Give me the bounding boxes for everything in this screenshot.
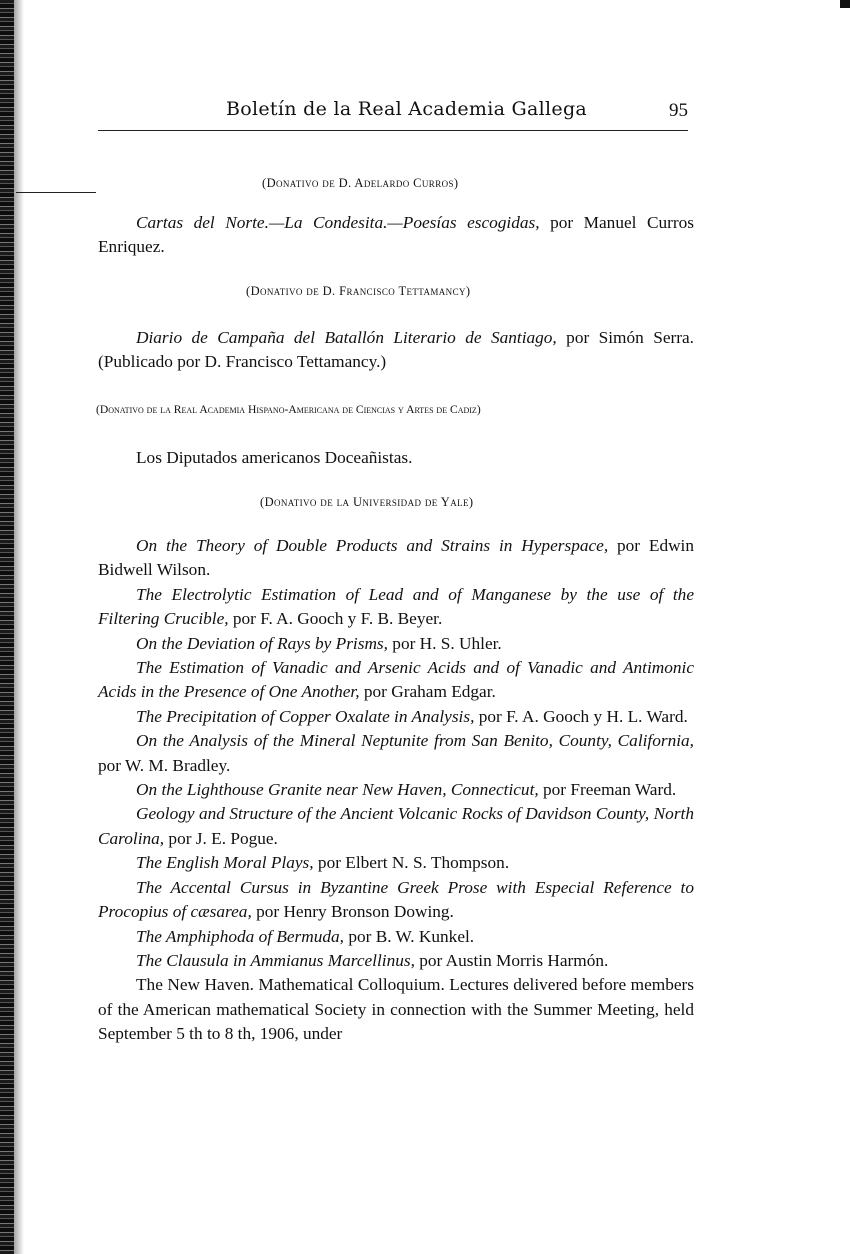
donation-note: (Donativo de la Universidad de Yale) (260, 495, 473, 510)
entry: On the Analysis of the Mineral Neptunite… (98, 729, 694, 778)
page-number: 95 (669, 100, 688, 122)
entry-author: por F. A. Gooch y H. L. Ward. (474, 707, 687, 726)
entry-author: por J. E. Pogue. (164, 829, 278, 848)
donation-note: (Donativo de D. Adelardo Curros) (262, 176, 458, 191)
entry-author: por Graham Edgar. (360, 682, 496, 701)
entry: On the Deviation of Rays by Prisms, por … (98, 632, 694, 656)
entry-author: por H. S. Uhler. (388, 634, 502, 653)
entry: Los Diputados americanos Doceañistas. (98, 446, 694, 470)
entry-author: por Elbert N. S. Thompson. (314, 853, 510, 872)
entry-title: Diario de Campaña del Batallón Literario… (136, 328, 557, 347)
entry-title: On the Lighthouse Granite near New Haven… (136, 780, 539, 799)
entry-text: The New Haven. Mathematical Colloquium. … (98, 975, 694, 1043)
entry-title: On the Deviation of Rays by Prisms, (136, 634, 388, 653)
entry: The Precipitation of Copper Oxalate in A… (98, 705, 694, 729)
entry: Diario de Campaña del Batallón Literario… (98, 326, 694, 375)
entry-author: por Freeman Ward. (539, 780, 676, 799)
running-header: Boletín de la Real Academia Gallega 95 (98, 96, 688, 131)
entry-title: The Clausula in Ammianus Marcellinus, (136, 951, 415, 970)
entry-title: On the Theory of Double Products and Str… (136, 536, 608, 555)
entry-title: Cartas del Norte.—La Condesita.—Poesías … (136, 213, 540, 232)
entry: On the Lighthouse Granite near New Haven… (98, 778, 694, 802)
entry: The Accental Cursus in Byzantine Greek P… (98, 876, 694, 925)
scan-artifact (840, 0, 850, 8)
entry-title: The English Moral Plays, (136, 853, 314, 872)
entry-list: On the Theory of Double Products and Str… (98, 534, 694, 1047)
entry-author: por Austin Morris Harmón. (415, 951, 608, 970)
entry-author: por Henry Bronson Dowing. (252, 902, 454, 921)
entry: Cartas del Norte.—La Condesita.—Poesías … (98, 211, 694, 260)
binding-shadow (14, 0, 24, 1254)
book-binding-edge (0, 0, 14, 1254)
entry: The Electrolytic Estimation of Lead and … (98, 583, 694, 632)
entry: The Clausula in Ammianus Marcellinus, po… (98, 949, 694, 973)
entry-title: On the Analysis of the Mineral Neptunite… (136, 731, 694, 750)
entry-title: Los Diputados americanos Doceañistas. (136, 448, 412, 467)
running-title: Boletín de la Real Academia Gallega (226, 98, 587, 120)
donation-note: (Donativo de D. Francisco Tettamancy) (246, 284, 470, 299)
entry-author: por W. M. Bradley. (98, 756, 230, 775)
entry-title: The Amphiphoda of Bermuda, (136, 927, 344, 946)
entry: On the Theory of Double Products and Str… (98, 534, 694, 583)
entry: Geology and Structure of the Ancient Vol… (98, 802, 694, 851)
donation-note: (Donativo de la Real Academia Hispano-Am… (96, 403, 481, 416)
entry: The Amphiphoda of Bermuda, por B. W. Kun… (98, 925, 694, 949)
section-divider (16, 192, 96, 193)
entry: The Estimation of Vanadic and Arsenic Ac… (98, 656, 694, 705)
entry-title: The Precipitation of Copper Oxalate in A… (136, 707, 474, 726)
entry-author: por F. A. Gooch y F. B. Beyer. (229, 609, 443, 628)
entry: The New Haven. Mathematical Colloquium. … (98, 973, 694, 1046)
entry-author: por B. W. Kunkel. (344, 927, 474, 946)
entry: The English Moral Plays, por Elbert N. S… (98, 851, 694, 875)
